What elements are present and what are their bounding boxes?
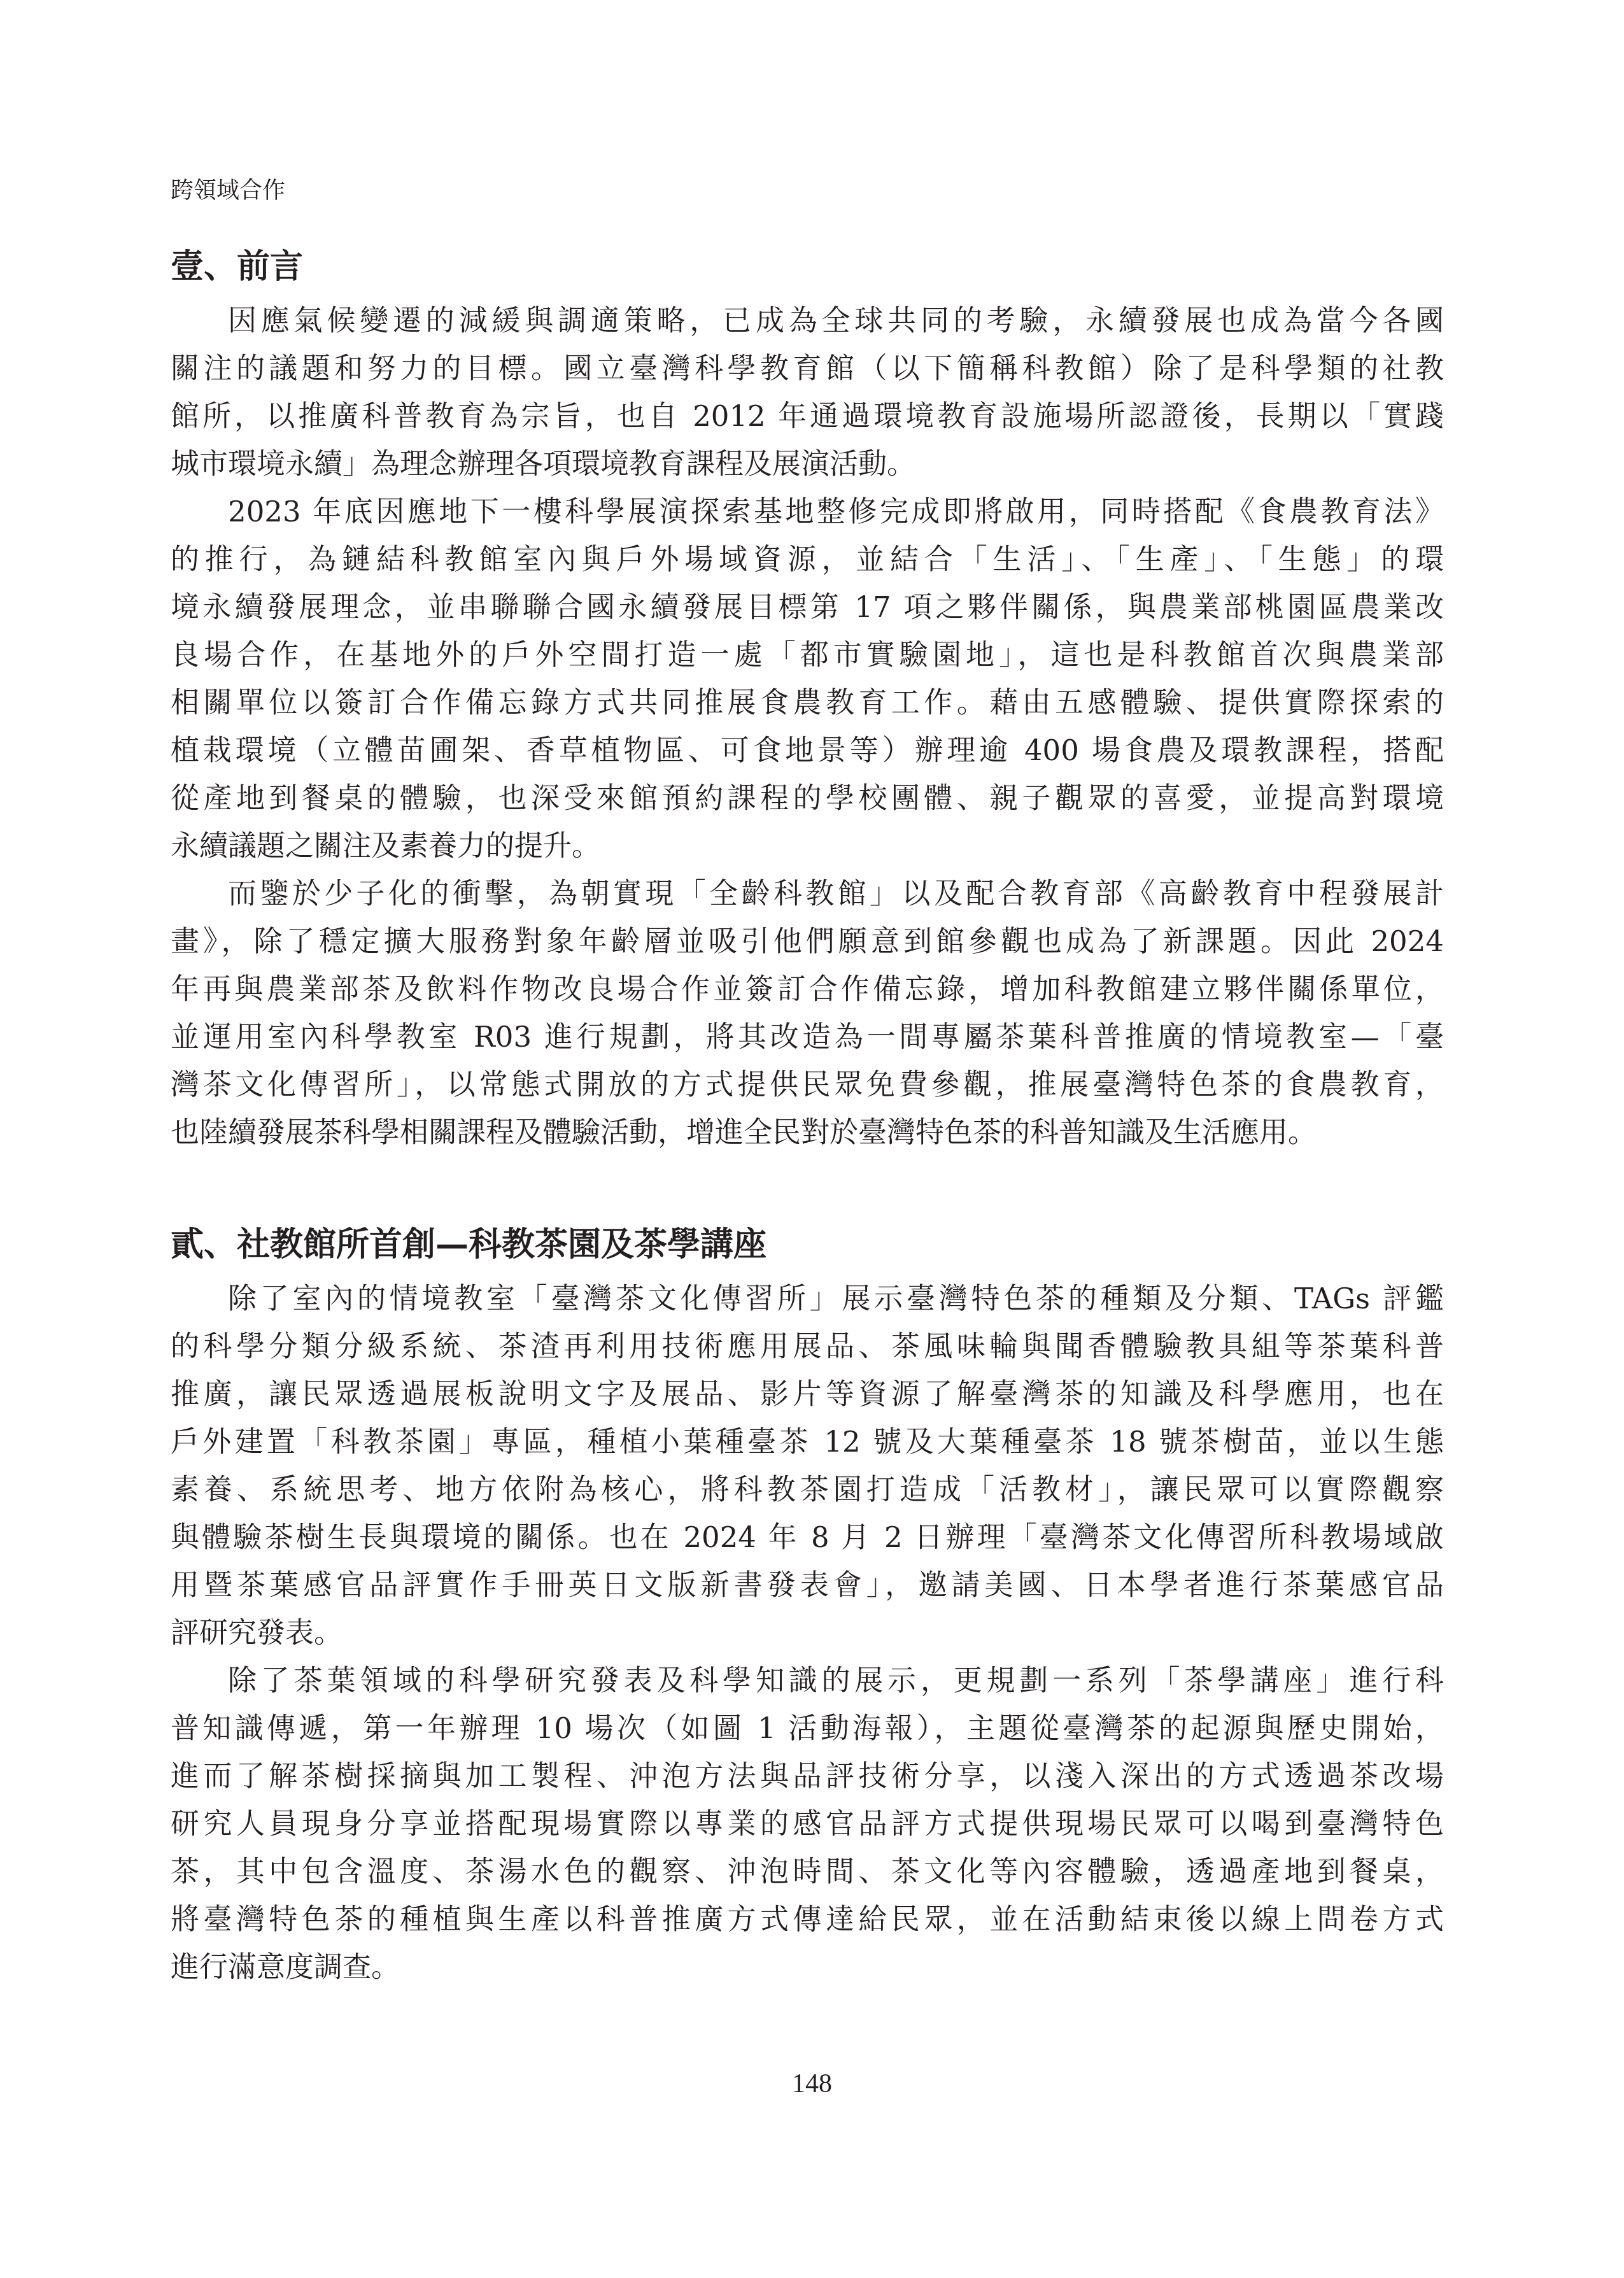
text-line: 用暨茶葉感官品評實作手冊英日文版新書發表會」，邀請美國、日本學者進行茶葉感官品 bbox=[171, 1561, 1444, 1609]
text-line: 良場合作，在基地外的戶外空間打造一處「都市實驗園地」，這也是科教館首次與農業部 bbox=[171, 631, 1444, 679]
text-line: 評研究發表。 bbox=[171, 1609, 1444, 1657]
paragraph: 因應氣候變遷的減緩與調適策略，已成為全球共同的考驗，永續發展也成為當今各國 關注… bbox=[171, 297, 1444, 488]
text-line: 相關單位以簽訂合作備忘錄方式共同推展食農教育工作。藉由五感體驗、提供實際探索的 bbox=[171, 679, 1444, 726]
section-tea-garden-lectures: 貳、社教館所首創—科教茶園及茶學講座 除了室內的情境教室「臺灣茶文化傳習所」展示… bbox=[171, 1222, 1444, 1991]
text-line: 也陸續發展茶科學相關課程及體驗活動，增進全民對於臺灣特色茶的科普知識及生活應用。 bbox=[171, 1108, 1444, 1156]
text-line: 城市環境永續」為理念辦理各項環境教育課程及展演活動。 bbox=[171, 440, 1444, 488]
text-line: 推廣，讓民眾透過展板說明文字及展品、影片等資源了解臺灣茶的知識及科學應用，也在 bbox=[171, 1370, 1444, 1418]
paragraph: 2023 年底因應地下一樓科學展演探索基地整修完成即將啟用，同時搭配《食農教育法… bbox=[171, 488, 1444, 870]
page-number: 148 bbox=[0, 2068, 1624, 2100]
text-line: 2023 年底因應地下一樓科學展演探索基地整修完成即將啟用，同時搭配《食農教育法… bbox=[171, 488, 1444, 535]
running-header: 跨領域合作 bbox=[171, 176, 285, 206]
text-line: 從產地到餐桌的體驗，也深受來館預約課程的學校團體、親子觀眾的喜愛，並提高對環境 bbox=[171, 774, 1444, 822]
text-line: 而鑒於少子化的衝擊，為朝實現「全齡科教館」以及配合教育部《高齡教育中程發展計 bbox=[171, 870, 1444, 917]
text-line: 並運用室內科學教室 R03 進行規劃，將其改造為一間專屬茶葉科普推廣的情境教室—… bbox=[171, 1013, 1444, 1061]
text-line: 茶，其中包含溫度、茶湯水色的觀察、沖泡時間、茶文化等內容體驗，透過產地到餐桌， bbox=[171, 1848, 1444, 1895]
section-title: 壹、前言 bbox=[171, 244, 1444, 289]
text-line: 畫》，除了穩定擴大服務對象年齡層並吸引他們願意到館參觀也成為了新課題。因此 20… bbox=[171, 917, 1444, 965]
text-line: 的科學分類分級系統、茶渣再利用技術應用展品、茶風味輪與聞香體驗教具組等茶葉科普 bbox=[171, 1322, 1444, 1370]
text-line: 進而了解茶樹採摘與加工製程、沖泡方法與品評技術分享，以淺入深出的方式透過茶改場 bbox=[171, 1752, 1444, 1800]
text-line: 永續議題之關注及素養力的提升。 bbox=[171, 822, 1444, 870]
text-line: 館所，以推廣科普教育為宗旨，也自 2012 年通過環境教育設施場所認證後，長期以… bbox=[171, 392, 1444, 440]
section-introduction: 壹、前言 因應氣候變遷的減緩與調適策略，已成為全球共同的考驗，永續發展也成為當今… bbox=[171, 244, 1444, 1156]
paragraph: 除了茶葉領域的科學研究發表及科學知識的展示，更規劃一系列「茶學講座」進行科 普知… bbox=[171, 1657, 1444, 1991]
text-line: 植栽環境（立體苗圃架、香草植物區、可食地景等）辦理逾 400 場食農及環教課程，… bbox=[171, 726, 1444, 774]
text-line: 研究人員現身分享並搭配現場實際以專業的感官品評方式提供現場民眾可以喝到臺灣特色 bbox=[171, 1800, 1444, 1848]
text-line: 戶外建置「科教茶園」專區，種植小葉種臺茶 12 號及大葉種臺茶 18 號茶樹苗，… bbox=[171, 1418, 1444, 1466]
text-line: 素養、系統思考、地方依附為核心，將科教茶園打造成「活教材」，讓民眾可以實際觀察 bbox=[171, 1466, 1444, 1513]
text-line: 年再與農業部茶及飲料作物改良場合作並簽訂合作備忘錄，增加科教館建立夥伴關係單位， bbox=[171, 965, 1444, 1013]
text-line: 除了茶葉領域的科學研究發表及科學知識的展示，更規劃一系列「茶學講座」進行科 bbox=[171, 1657, 1444, 1704]
text-line: 因應氣候變遷的減緩與調適策略，已成為全球共同的考驗，永續發展也成為當今各國 bbox=[171, 297, 1444, 344]
text-line: 將臺灣特色茶的種植與生產以科普推廣方式傳達給民眾，並在活動結束後以線上問卷方式 bbox=[171, 1895, 1444, 1943]
text-line: 關注的議題和努力的目標。國立臺灣科學教育館（以下簡稱科教館）除了是科學類的社教 bbox=[171, 344, 1444, 392]
text-line: 進行滿意度調查。 bbox=[171, 1943, 1444, 1991]
text-line: 與體驗茶樹生長與環境的關係。也在 2024 年 8 月 2 日辦理「臺灣茶文化傳… bbox=[171, 1513, 1444, 1561]
text-line: 除了室內的情境教室「臺灣茶文化傳習所」展示臺灣特色茶的種類及分類、TAGs 評鑑 bbox=[171, 1275, 1444, 1322]
text-line: 灣茶文化傳習所」，以常態式開放的方式提供民眾免費參觀，推展臺灣特色茶的食農教育， bbox=[171, 1061, 1444, 1108]
text-line: 普知識傳遞，第一年辦理 10 場次（如圖 1 活動海報），主題從臺灣茶的起源與歷… bbox=[171, 1704, 1444, 1752]
text-line: 的推行，為鏈結科教館室內與戶外場域資源，並結合「生活」、「生產」、「生態」的環 bbox=[171, 535, 1444, 583]
section-title: 貳、社教館所首創—科教茶園及茶學講座 bbox=[171, 1222, 1444, 1267]
text-line: 境永續發展理念，並串聯聯合國永續發展目標第 17 項之夥伴關係，與農業部桃園區農… bbox=[171, 583, 1444, 631]
paragraph: 除了室內的情境教室「臺灣茶文化傳習所」展示臺灣特色茶的種類及分類、TAGs 評鑑… bbox=[171, 1275, 1444, 1657]
paragraph: 而鑒於少子化的衝擊，為朝實現「全齡科教館」以及配合教育部《高齡教育中程發展計 畫… bbox=[171, 870, 1444, 1156]
